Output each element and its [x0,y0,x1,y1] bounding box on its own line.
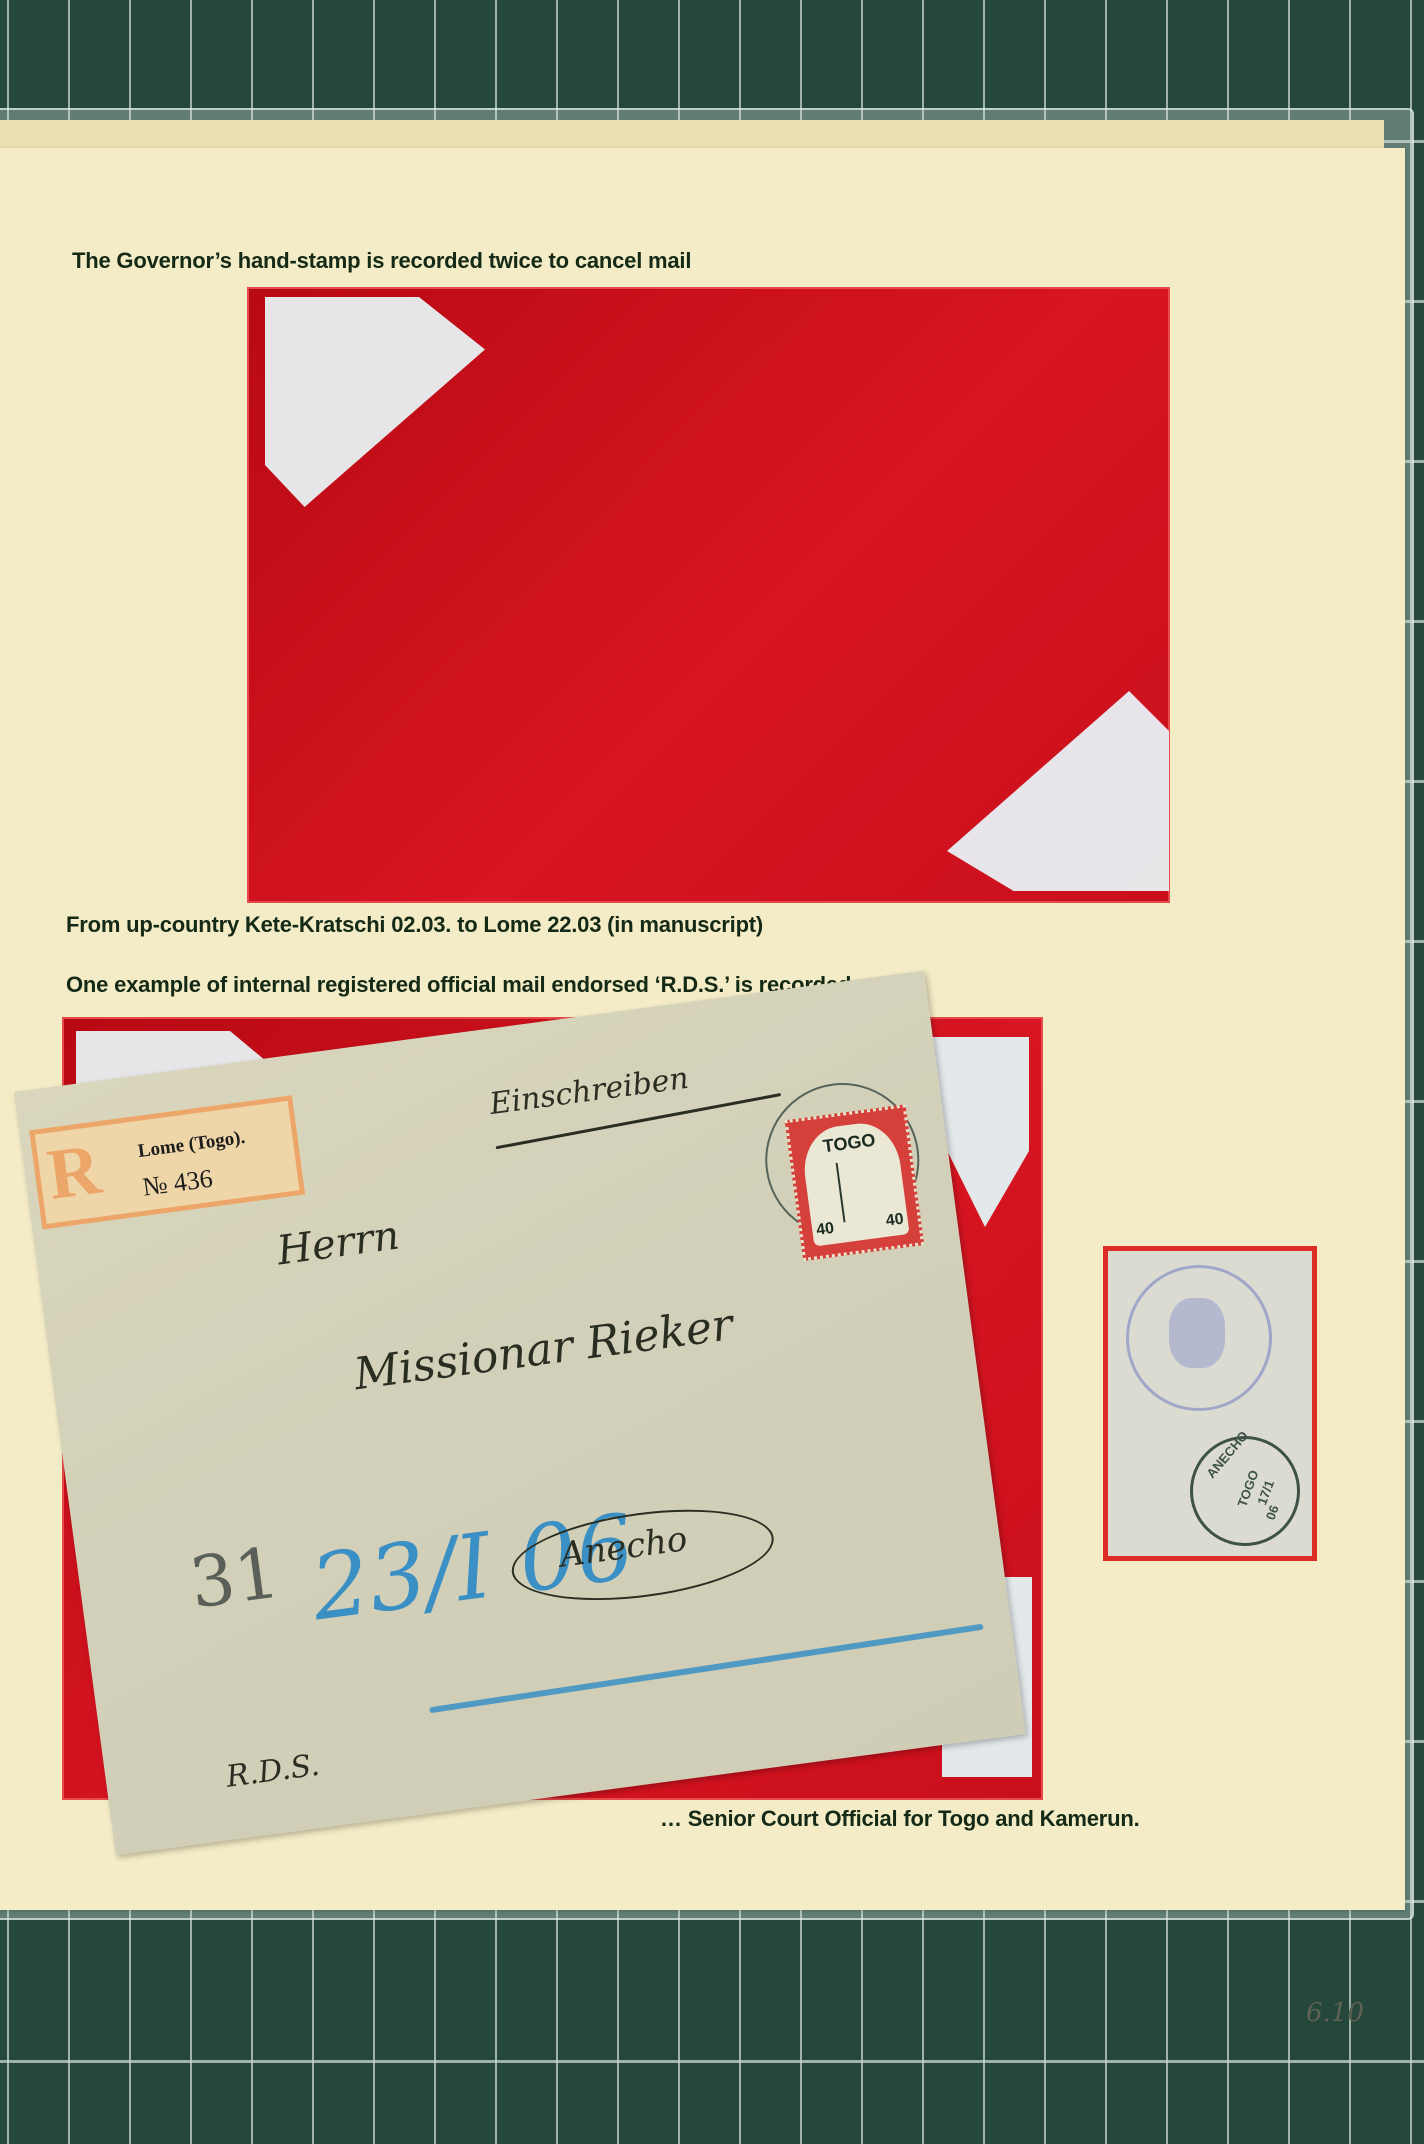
corner-mount-bottom-right [947,691,1169,891]
ship-icon [836,1157,886,1222]
togo-yacht-stamp: TOGO 40 40 [785,1104,925,1261]
addressee-line-2: Missionar Rieker [351,1299,736,1400]
registration-office: Lome (Togo). [137,1127,247,1163]
seal-piece: ANECHO TOGO 17/1 06 [1108,1251,1312,1556]
postmark-town: ANECHO [1203,1428,1251,1481]
page-number: 6.10 [1306,1998,1364,2028]
pencil-number: 31 [185,1532,284,1625]
registered-envelope: R Lome (Togo). № 436 Einschreiben TOGO 4… [14,971,1026,1856]
empty-mount-card [247,287,1170,903]
seal-piece-card: ANECHO TOGO 17/1 06 [1103,1246,1317,1561]
registration-number: № 436 [141,1164,215,1203]
corner-mount-top-left [265,297,485,507]
addressee-line-1: Herrn [274,1213,402,1275]
heading-governor-handstamp: The Governor’s hand-stamp is recorded tw… [72,248,691,274]
eagle-icon [1169,1298,1225,1368]
official-seal-handstamp [1126,1265,1272,1411]
stamp-value-left: 40 [815,1220,835,1240]
postmark-year: 06 [1263,1503,1282,1522]
caption-senior-court-official: … Senior Court Official for Togo and Kam… [660,1806,1140,1832]
stamp-country: TOGO [800,1127,898,1161]
registration-label: R Lome (Togo). № 436 [29,1095,305,1229]
heading-registered-official-mail: One example of internal registered offic… [66,972,851,998]
blue-crayon-stroke [429,1624,984,1714]
caption-kete-kratschi: From up-country Kete-Kratschi 02.03. to … [66,912,763,938]
einschreiben-endorsement: Einschreiben [488,1061,691,1122]
registration-r: R [44,1133,105,1211]
anecho-postmark: ANECHO TOGO 17/1 06 [1190,1436,1300,1546]
stamp-value-right: 40 [885,1211,905,1231]
rds-endorsement: R.D.S. [224,1748,321,1795]
